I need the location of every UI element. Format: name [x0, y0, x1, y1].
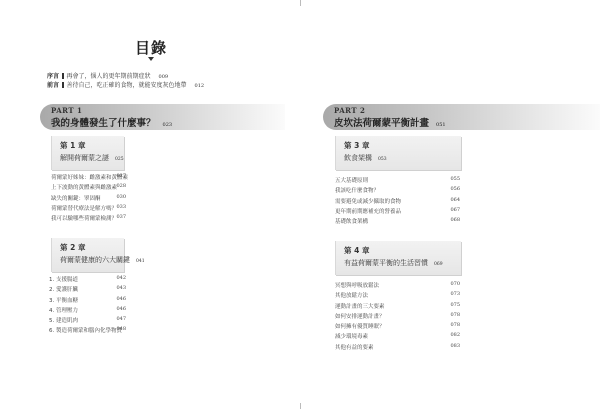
entry-text: 其他有益的要素 [335, 345, 374, 351]
list-item[interactable]: 荷爾蒙好姊妹：雌激素和黃體素027 [51, 173, 126, 183]
page-number: 078 [450, 322, 460, 328]
book-spread: 目錄 序言再會了，惱人的更年期前期症狀009 前言善待自己，吃正確的食物，就能安… [0, 0, 600, 409]
page-number: 070 [450, 281, 460, 287]
list-item[interactable]: 其他放鬆方法073 [335, 291, 460, 301]
list-item[interactable]: 運動計畫的三大要素075 [335, 302, 460, 312]
left-page: 目錄 序言再會了，惱人的更年期前期症狀009 前言善待自己，吃正確的食物，就能安… [0, 0, 300, 409]
entry-text: 再會了，惱人的更年期前期症狀 [67, 73, 151, 80]
entry-label: 前言 [47, 82, 59, 89]
list-item[interactable]: 我該吃什麼食物？056 [335, 186, 460, 196]
page-number: 064 [450, 197, 460, 203]
list-item[interactable]: 如何安排運動計畫？078 [335, 312, 460, 322]
chapter-title: 飲食架構053 [344, 153, 387, 163]
chapter-3-header[interactable]: 第 3 章 飲食架構053 [335, 136, 461, 170]
page-number: 078 [450, 312, 460, 318]
page-number: 028 [116, 183, 126, 189]
entry-text: 2. 愛護肝臟 [49, 287, 78, 293]
page-number: 012 [195, 83, 205, 89]
page-number: 051 [436, 122, 446, 128]
entry-text: 基礎飲食架構 [335, 219, 368, 225]
chapter-3-entries: 五大基礎原則055 我該吃什麼食物？056 需要避免或減少攝取的食物064 更年… [335, 176, 460, 227]
entry-text: 運動計畫的三大要素 [335, 304, 385, 310]
part-title: 皮坎法荷爾蒙平衡計畫051 [334, 115, 446, 129]
part-title: 我的身體發生了什麼事？023 [51, 115, 172, 129]
page-number: 073 [450, 291, 460, 297]
page-number: 083 [450, 343, 460, 349]
page-number: 025 [115, 157, 124, 162]
entry-text: 其他放鬆方法 [335, 293, 368, 299]
page-number: 068 [450, 217, 460, 223]
page-number: 033 [116, 204, 126, 210]
chapter-2-header[interactable]: 第 2 章 荷爾蒙健康的六大關鍵041 [51, 238, 124, 272]
list-item[interactable]: 上下波動的黃體素與雌激素028 [51, 183, 126, 193]
page-number: 075 [450, 302, 460, 308]
list-item[interactable]: 5. 建造肌肉047 [49, 316, 126, 326]
list-item[interactable]: 如何擁有優質睡眠？078 [335, 322, 460, 332]
page-number: 043 [116, 285, 126, 291]
triangle-down-icon [148, 57, 154, 61]
entry-text: 5. 建造肌肉 [49, 318, 78, 324]
page-number: 055 [450, 176, 460, 182]
page-number: 067 [450, 207, 460, 213]
list-item[interactable]: 荷爾蒙替代療法是解方嗎？033 [51, 204, 126, 214]
page-number: 027 [116, 173, 126, 179]
chapter-title-text: 荷爾蒙健康的六大關鍵 [60, 256, 130, 264]
page-number: 069 [434, 262, 443, 267]
chapter-title-text: 有益荷爾蒙平衡的生活習慣 [344, 259, 428, 267]
chapter-4-entries: 冥想與呼吸放鬆法070 其他放鬆方法073 運動計畫的三大要素075 如何安排運… [335, 281, 460, 353]
part-2-header[interactable]: PART 2 皮坎法荷爾蒙平衡計畫051 [323, 104, 600, 130]
entry-text: 上下波動的黃體素與雌激素 [51, 185, 117, 191]
entry-text: 需要避免或減少攝取的食物 [335, 199, 401, 205]
entry-text: 如何安排運動計畫？ [335, 314, 385, 320]
list-item[interactable]: 1. 支援腸道042 [49, 275, 126, 285]
chapter-title: 荷爾蒙健康的六大關鍵041 [60, 255, 145, 265]
list-item[interactable]: 我可以驗哪些荷爾蒙檢測？037 [51, 214, 126, 224]
page-number: 048 [116, 326, 126, 332]
entry-text: 6. 製造荷爾蒙和腦內化學物質 [49, 328, 122, 334]
entry-text: 我該吃什麼食物？ [335, 188, 379, 194]
chapter-title: 有益荷爾蒙平衡的生活習慣069 [344, 258, 443, 268]
entry-text: 1. 支援腸道 [49, 277, 78, 283]
entry-text: 五大基礎原則 [335, 178, 368, 184]
list-item[interactable]: 其他有益的要素083 [335, 343, 460, 353]
list-item[interactable]: 2. 愛護肝臟043 [49, 285, 126, 295]
chapter-4-header[interactable]: 第 4 章 有益荷爾蒙平衡的生活習慣069 [335, 241, 461, 275]
chapter-title: 解開荷爾蒙之謎025 [60, 153, 124, 163]
part-label: PART 1 [51, 106, 82, 115]
page-number: 053 [378, 157, 387, 162]
chapter-title-text: 飲食架構 [344, 154, 372, 162]
chapter-number: 第 4 章 [344, 245, 369, 256]
page-number: 046 [116, 296, 126, 302]
entry-label: 序言 [47, 73, 59, 80]
list-item[interactable]: 需要避免或減少攝取的食物064 [335, 197, 460, 207]
page-number: 056 [450, 186, 460, 192]
chapter-number: 第 2 章 [60, 242, 85, 253]
chapter-2-entries: 1. 支援腸道042 2. 愛護肝臟043 3. 平衡血糖046 4. 管理壓力… [49, 275, 126, 337]
entry-text: 更年期前期應補充的營養品 [335, 209, 401, 215]
list-item[interactable]: 3. 平衡血糖046 [49, 296, 126, 306]
list-item[interactable]: 更年期前期應補充的營養品067 [335, 207, 460, 217]
page-number: 046 [116, 306, 126, 312]
entry-text: 我可以驗哪些荷爾蒙檢測？ [51, 216, 117, 222]
page-number: 030 [116, 194, 126, 200]
entry-text: 冥想與呼吸放鬆法 [335, 283, 379, 289]
list-item[interactable]: 缺失的關鍵：睪固酮030 [51, 194, 126, 204]
part-title-text: 我的身體發生了什麼事？ [51, 118, 156, 129]
entry-text: 4. 管理壓力 [49, 308, 78, 314]
page-number: 047 [116, 316, 126, 322]
list-item[interactable]: 冥想與呼吸放鬆法070 [335, 281, 460, 291]
entry-text: 減少環境毒素 [335, 334, 368, 340]
part-1-header[interactable]: PART 1 我的身體發生了什麼事？023 [40, 104, 285, 130]
list-item[interactable]: 減少環境毒素082 [335, 332, 460, 342]
divider-bar [62, 73, 64, 79]
entry-text: 善待自己，吃正確的食物，就能安度灰色地帶 [67, 82, 187, 89]
chapter-number: 第 3 章 [344, 140, 369, 151]
page-number: 023 [163, 122, 173, 128]
entry-text: 缺失的關鍵：睪固酮 [51, 196, 101, 202]
chapter-number: 第 1 章 [60, 140, 85, 151]
entry-text: 荷爾蒙替代療法是解方嗎？ [51, 206, 117, 212]
list-item[interactable]: 6. 製造荷爾蒙和腦內化學物質048 [49, 326, 126, 336]
part-title-text: 皮坎法荷爾蒙平衡計畫 [334, 118, 429, 129]
entry-text: 3. 平衡血糖 [49, 298, 78, 304]
part-label: PART 2 [334, 106, 365, 115]
chapter-title-text: 解開荷爾蒙之謎 [60, 154, 109, 162]
page-number: 041 [136, 259, 145, 264]
chapter-1-header[interactable]: 第 1 章 解開荷爾蒙之謎025 [51, 136, 124, 170]
chapter-1-entries: 荷爾蒙好姊妹：雌激素和黃體素027 上下波動的黃體素與雌激素028 缺失的關鍵：… [51, 173, 126, 224]
entry-text: 如何擁有優質睡眠？ [335, 324, 385, 330]
divider-bar [62, 82, 64, 88]
toc-entry-foreword[interactable]: 前言善待自己，吃正確的食物，就能安度灰色地帶012 [47, 80, 204, 89]
page-number: 037 [116, 214, 126, 220]
right-page: PART 2 皮坎法荷爾蒙平衡計畫051 第 3 章 飲食架構053 五大基礎原… [300, 0, 600, 409]
page-number: 082 [450, 332, 460, 338]
list-item[interactable]: 4. 管理壓力046 [49, 306, 126, 316]
toc-entry-preface[interactable]: 序言再會了，惱人的更年期前期症狀009 [47, 71, 168, 80]
toc-title: 目錄 [135, 37, 167, 58]
page-number: 042 [116, 275, 126, 281]
list-item[interactable]: 五大基礎原則055 [335, 176, 460, 186]
list-item[interactable]: 基礎飲食架構068 [335, 217, 460, 227]
